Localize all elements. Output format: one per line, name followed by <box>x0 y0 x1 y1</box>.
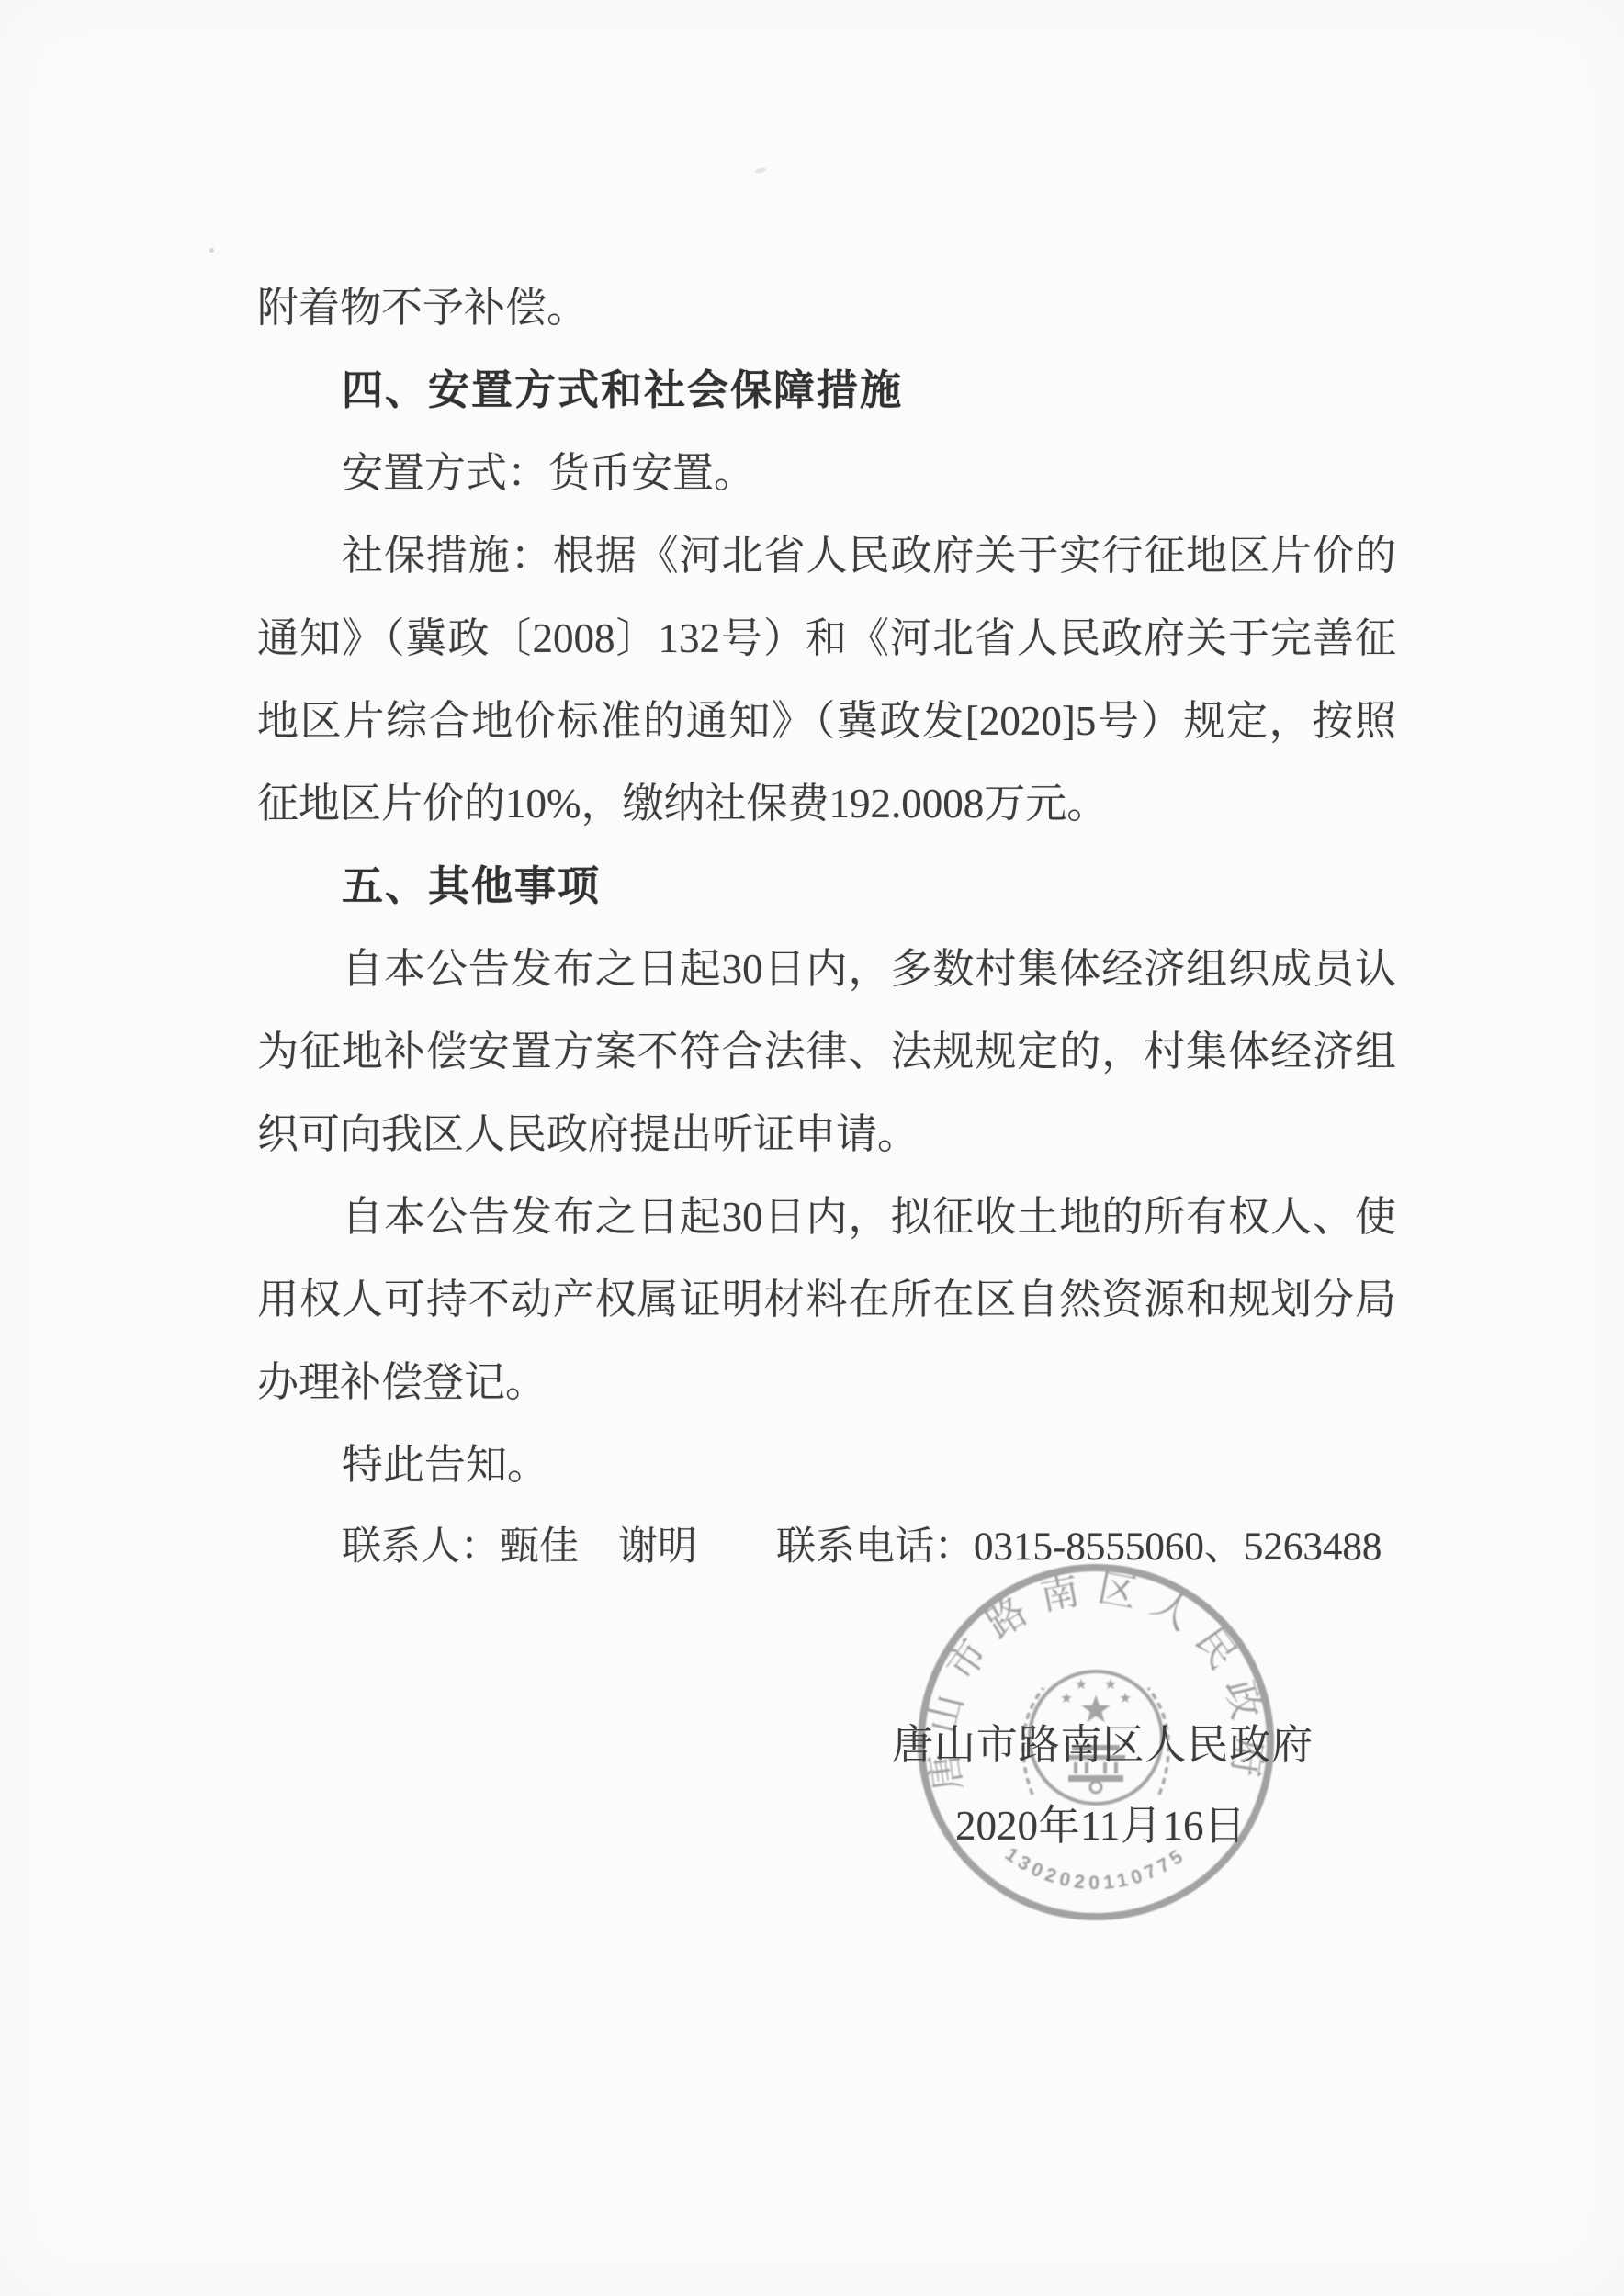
issue-date: 2020年11月16日 <box>955 1785 1246 1866</box>
paragraph-line: 为征地补偿安置方案不符合法律、法规规定的，村集体经济组 <box>257 1010 1396 1093</box>
paragraph-line: 征地区片价的10%，缴纳社保费192.0008万元。 <box>257 762 1396 845</box>
scan-artifact <box>755 167 767 174</box>
section-five-heading: 五、其他事项 <box>257 845 1396 928</box>
paragraph-line: 附着物不予补偿。 <box>257 266 1396 349</box>
scanned-notice-page: 附着物不予补偿。 四、安置方式和社会保障措施 安置方式：货币安置。 社保措施：根… <box>0 0 1624 2296</box>
paragraph-line: 安置方式：货币安置。 <box>257 432 1396 514</box>
paragraph-line: 用权人可持不动产权属证明材料在所在区自然资源和规划分局 <box>257 1258 1396 1341</box>
paragraph-line: 办理补偿登记。 <box>257 1341 1396 1424</box>
scan-artifact <box>209 248 214 253</box>
paragraph-line: 自本公告发布之日起30日内，拟征收土地的所有权人、使 <box>257 1176 1396 1258</box>
closing-line: 特此告知。 <box>257 1424 1396 1506</box>
issuer-name: 唐山市路南区人民政府 <box>892 1705 1313 1785</box>
notice-body: 附着物不予补偿。 四、安置方式和社会保障措施 安置方式：货币安置。 社保措施：根… <box>257 266 1396 1589</box>
paragraph-line: 社保措施：根据《河北省人民政府关于实行征地区片价的 <box>257 514 1396 597</box>
paragraph-line: 织可向我区人民政府提出听证申请。 <box>257 1093 1396 1176</box>
paragraph-line: 通知》（冀政〔2008〕132号）和《河北省人民政府关于完善征 <box>257 597 1396 680</box>
paragraph-line: 地区片综合地价标准的通知》（冀政发[2020]5号）规定，按照 <box>257 680 1396 762</box>
paragraph-line: 自本公告发布之日起30日内，多数村集体经济组织成员认 <box>257 928 1396 1010</box>
section-four-heading: 四、安置方式和社会保障措施 <box>257 349 1396 432</box>
